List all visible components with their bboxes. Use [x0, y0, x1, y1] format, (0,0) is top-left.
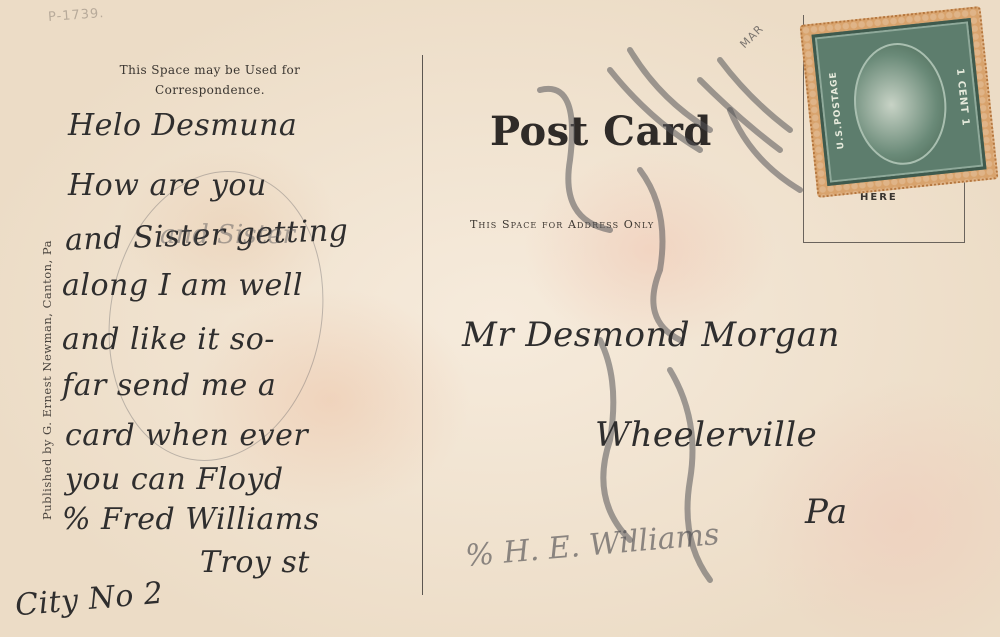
correspondence-heading: This Space may be Used for Correspondenc… [105, 60, 315, 100]
address-line: Pa [805, 492, 848, 532]
correspondence-heading-line2: Correspondence. [105, 80, 315, 100]
pencil-catalog-note: P-1739. [48, 6, 105, 25]
message-line: % Fred Williams [62, 502, 320, 537]
stamp-left-text: U.S.POSTAGE [827, 55, 848, 165]
stamp-portrait-icon [848, 38, 952, 169]
stamp-right-text: 1 CENT 1 [951, 42, 973, 153]
message-line: you can Floyd [65, 462, 284, 497]
pencil-overwrite-message: and Sister [160, 220, 295, 250]
correspondence-heading-line1: This Space may be Used for [105, 60, 315, 80]
message-line: Helo Desmuna [68, 108, 297, 143]
stamp-here-label: HERE [860, 192, 898, 203]
postage-stamp: U.S.POSTAGE 1 CENT 1 [807, 14, 991, 191]
postmark: MAR [737, 22, 766, 51]
postcard-title: Post Card [490, 108, 712, 155]
pencil-overwrite-address: % H. E. Williams [464, 517, 721, 574]
message-line: and like it so- [62, 322, 275, 357]
message-line: far send me a [62, 368, 276, 403]
message-line: along I am well [62, 268, 303, 303]
message-line: City No 2 [14, 576, 165, 624]
postcard-back: P-1739. This Space may be Used for Corre… [0, 0, 1000, 637]
message-line: Troy st [200, 545, 310, 580]
address-line: Mr Desmond Morgan [462, 315, 840, 355]
center-divider [422, 55, 423, 595]
stamp-face: U.S.POSTAGE 1 CENT 1 [811, 18, 986, 186]
publisher-imprint: Published by G. Ernest Newman, Canton, P… [40, 240, 54, 520]
address-line: Wheelerville [595, 415, 817, 455]
message-line: card when ever [65, 418, 308, 453]
address-label: This Space for Address Only [470, 218, 654, 231]
message-line: How are you [68, 168, 267, 203]
